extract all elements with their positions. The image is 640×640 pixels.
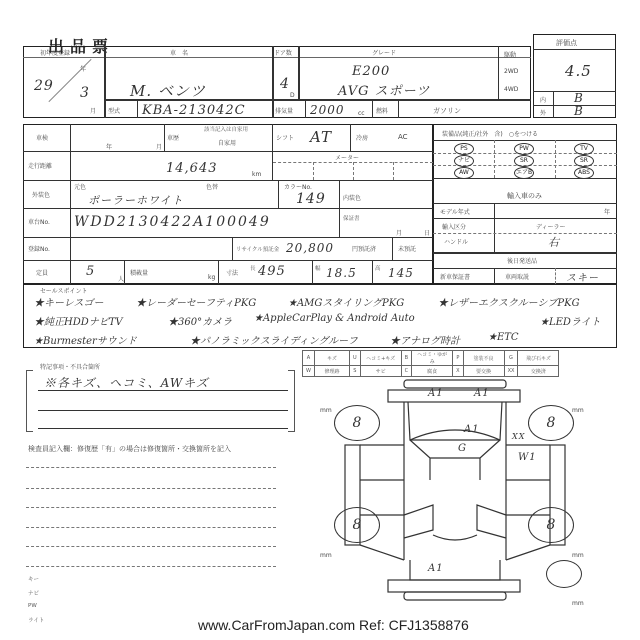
- usage-note: 該当記入は自家用: [204, 125, 248, 133]
- expiry-day: 日: [424, 228, 430, 237]
- fuel-label: 燃料: [376, 106, 388, 115]
- exterior-color: ポーラーホワイト: [88, 192, 184, 208]
- inspection-month-unit: 月: [156, 142, 162, 151]
- damage-mark: W1: [518, 452, 537, 463]
- model-year-unit: 年: [604, 207, 610, 216]
- equip-sr2[interactable]: SR: [574, 155, 594, 167]
- doors: 4: [280, 76, 290, 92]
- damage-mark: A1: [474, 388, 490, 399]
- doors-label: ドア数: [274, 48, 292, 57]
- reg-month: 3: [80, 85, 90, 101]
- legend-desc: 飛び石キズ: [518, 351, 559, 366]
- import-title: 輸入車のみ: [507, 191, 542, 201]
- legend-code: B: [401, 351, 412, 366]
- sales-point: ★Burmesterサウンド: [34, 332, 137, 347]
- capacity-label: 定員: [36, 268, 48, 277]
- reg-year-label: 初年度登録: [40, 48, 70, 57]
- exterior-label: 外: [540, 108, 546, 117]
- grade-line1: E200: [352, 64, 390, 79]
- sales-point: ★パノラミックスライディングルーフ: [190, 332, 358, 347]
- size-label: 寸法: [226, 268, 238, 277]
- grade-label: グレード: [372, 48, 396, 57]
- rear-title: 後日発送品: [507, 256, 537, 265]
- recycle-unit: 円預託済: [352, 244, 376, 253]
- equipment-title: 装備品(純正/社外 含) ○をつける: [442, 129, 538, 138]
- height-label: 高: [375, 264, 381, 272]
- tire-rear-left: 8: [334, 507, 380, 543]
- displacement: 2000: [310, 103, 345, 117]
- tread-depth-spare: mm: [572, 600, 584, 607]
- shift-label: シフト: [276, 133, 294, 142]
- meter-label: メーター: [335, 153, 359, 162]
- equip-abs[interactable]: ABS: [574, 167, 594, 179]
- score-label: 評価点: [556, 38, 577, 48]
- notes-label: 特記事項・不具合箇所: [40, 362, 100, 371]
- tread-depth-fl: mm: [320, 407, 332, 414]
- side-label-key: キー: [28, 575, 39, 583]
- sales-point: ★純正HDDナビTV: [34, 313, 123, 328]
- width-label: 幅: [315, 264, 321, 272]
- side-label-navi: ナビ: [28, 589, 39, 597]
- recycle-status: 未預託: [398, 244, 416, 253]
- chassis-number: WDD2130422A100049: [74, 214, 271, 230]
- color-change-label: 色替: [206, 182, 218, 191]
- ac-label: 冷房: [356, 133, 368, 142]
- inspection-year-unit: 年: [106, 142, 112, 151]
- interior-label: 内: [540, 95, 546, 104]
- damage-mark: A1: [428, 563, 444, 574]
- equip-sr[interactable]: SR: [514, 155, 534, 167]
- drive-label: 駆動: [504, 50, 516, 59]
- drive-2wd: 2WD: [504, 68, 518, 75]
- tire-rear-right: 8: [528, 507, 574, 543]
- keys: スキー: [566, 269, 599, 284]
- exterior-score: B: [574, 104, 584, 118]
- warranty-label: 新車保証書: [440, 272, 470, 281]
- legend-code: G: [504, 351, 518, 366]
- mileage: 14,643: [166, 161, 218, 176]
- expiry-label: 保証書: [343, 214, 360, 222]
- shift: AT: [310, 128, 332, 146]
- legend-code: A: [303, 351, 315, 366]
- handle-label: ハンドル: [444, 237, 468, 246]
- import-type-label: 輸入区分: [442, 222, 466, 231]
- equip-tv[interactable]: TV: [574, 143, 594, 155]
- equip-aw[interactable]: AW: [454, 167, 474, 179]
- ac: AC: [398, 133, 408, 141]
- car-name: M. ベンツ: [130, 80, 206, 101]
- sales-point: ★AppleCarPlay & Android Auto: [254, 313, 415, 324]
- recycle-fee: 20,800: [286, 241, 334, 255]
- interior-color-label: 内装色: [343, 193, 361, 202]
- sales-point: ★レザーエクスクルーシブPKG: [438, 294, 580, 309]
- sales-point: ★キーレスゴー: [34, 294, 104, 309]
- model-label: 型式: [108, 106, 120, 115]
- tread-depth-rl: mm: [320, 552, 332, 559]
- equip-ps[interactable]: PS: [454, 143, 474, 155]
- legend-desc: 塗装不良: [463, 351, 504, 366]
- damage-mark: G: [458, 443, 467, 454]
- displacement-unit: cc: [358, 110, 365, 117]
- mileage-label: 走行距離: [28, 161, 52, 170]
- handle: 右: [548, 234, 560, 250]
- spare-tire: [546, 560, 582, 588]
- sales-point: ★360°カメラ: [168, 313, 232, 328]
- usage-value: 自家用: [218, 138, 236, 147]
- width: 18.5: [326, 266, 357, 280]
- grade-line2: AVG スポーツ: [338, 80, 430, 99]
- length-label: 長: [250, 264, 256, 272]
- sales-point: ★LEDライト: [540, 313, 601, 328]
- legend-code: P: [453, 351, 463, 366]
- car-name-label: 車 名: [170, 48, 188, 57]
- doors-suffix: D: [290, 92, 295, 99]
- model-year-label: モデル年式: [440, 207, 470, 216]
- orig-color-label: 元色: [74, 182, 86, 191]
- chassis-label: 車台No.: [28, 217, 50, 226]
- recycle-label: リサイクル預託金: [236, 245, 279, 253]
- inspection-label: 車検: [36, 133, 48, 142]
- legend-code: U: [349, 351, 360, 366]
- damage-mark: XX: [512, 432, 525, 441]
- reg-no-label: 登録No.: [28, 244, 50, 253]
- tire-front-right: 8: [528, 405, 574, 441]
- color-label: 外装色: [32, 190, 50, 199]
- length: 495: [258, 264, 286, 279]
- inspector-label: 検査員記入欄：修復歴「有」の場合は修復箇所・交換箇所を記入: [28, 444, 231, 454]
- reg-year: 29: [34, 78, 54, 94]
- displacement-label: 排気量: [275, 106, 293, 115]
- side-label-pw: PW: [28, 603, 37, 609]
- sales-point: ★ETC: [488, 332, 519, 343]
- reg-month-suffix: 月: [90, 106, 96, 115]
- mileage-unit: km: [252, 171, 261, 178]
- tread-depth-rr: mm: [572, 552, 584, 559]
- color-no: 149: [296, 191, 326, 207]
- equip-navi[interactable]: ナビ: [454, 155, 474, 167]
- load-unit: kg: [208, 274, 215, 281]
- tire-front-left: 8: [334, 405, 380, 441]
- legend-desc: キズ: [314, 351, 349, 366]
- import-type: ディーラー: [536, 222, 566, 231]
- damage-mark: A1: [428, 388, 444, 399]
- interior-score: B: [574, 91, 584, 105]
- equip-pw[interactable]: PW: [514, 143, 534, 155]
- legend-desc: ヘコミ+キズ: [360, 351, 401, 366]
- manual-label: 車両取説: [505, 272, 529, 281]
- load-label: 積載量: [130, 268, 148, 277]
- footer-watermark: www.CarFromJapan.com Ref: CFJ1358876: [198, 617, 469, 633]
- equip-airbag[interactable]: エアB: [514, 167, 534, 179]
- damage-mark: A1: [464, 424, 480, 435]
- drive-4wd: 4WD: [504, 86, 518, 93]
- sales-point: ★アナログ時計: [390, 332, 460, 347]
- notes-text: ※各キズ、ヘコミ、AWキズ: [44, 374, 209, 391]
- expiry-month: 月: [396, 228, 402, 237]
- tread-depth-fr: mm: [572, 407, 584, 414]
- fuel: ガソリン: [433, 106, 461, 116]
- sales-point: ★レーダーセーフティPKG: [136, 294, 256, 309]
- height: 145: [388, 266, 414, 280]
- usage-label: 車歴: [167, 133, 179, 142]
- model: KBA-213042C: [142, 103, 246, 118]
- score-value: 4.5: [565, 62, 592, 80]
- color-no-label: カラーNo.: [284, 182, 312, 191]
- legend-desc: ヘコミ・ゆがみ: [412, 351, 453, 366]
- capacity: 5: [86, 264, 95, 279]
- side-label-light: ライト: [28, 616, 44, 624]
- sales-point: ★AMGスタイリングPKG: [288, 294, 404, 309]
